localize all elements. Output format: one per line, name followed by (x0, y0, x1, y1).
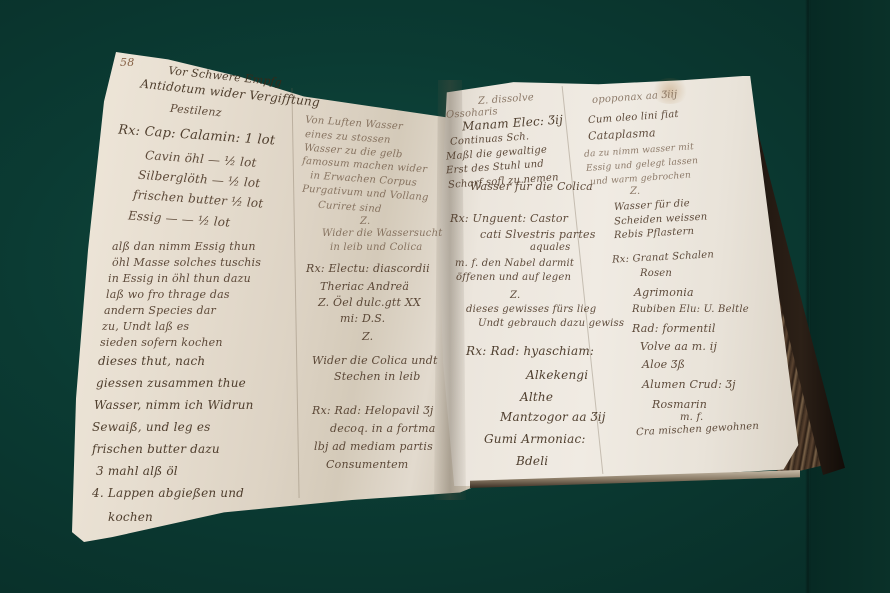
page-number: 58 (120, 56, 134, 69)
text-line: Rosmarin (652, 398, 707, 411)
text-line: Rx: Electu: diascordii (306, 262, 430, 275)
text-line: Wasser, nimm ich Widrun (94, 398, 254, 412)
text-line: Alumen Crud: Ʒj (642, 378, 736, 391)
text-line: Althe (520, 390, 553, 404)
text-line: Rad: formentil (632, 322, 716, 335)
text-line: decoq. in a fortma (330, 422, 435, 435)
text-line: Wider die Colica undt (312, 354, 438, 367)
text-line: Rubiben Elu: U. Beltle (632, 304, 749, 315)
text-line: öffenen und auf legen (456, 272, 571, 283)
text-line: Volve aa m. ij (640, 340, 717, 353)
text-line: zu, Undt laß es (102, 320, 189, 333)
text-line: m. f. (680, 412, 703, 423)
text-line: Consumentem (326, 458, 408, 471)
text-line: dieses thut, nach (98, 354, 205, 368)
text-line: Z. (360, 216, 370, 227)
text-line: in Essig in öhl thun dazu (108, 272, 251, 285)
felt-background-right (810, 0, 890, 593)
text-line: sieden sofern kochen (100, 336, 223, 349)
text-line: Z. (362, 330, 373, 343)
text-line: in leib und Colica (330, 242, 422, 253)
text-line: Agrimonia (634, 286, 694, 299)
text-line: Rx: Rad: Helopavil Ʒj (312, 404, 433, 417)
text-line: 4. Lappen abgießen und (92, 486, 244, 500)
text-line: laß wo fro thrage das (106, 288, 230, 301)
text-line: Rx: Unguent: Castor (450, 212, 568, 225)
text-line: aquales (530, 242, 570, 253)
text-line: Theriac Andreä (320, 280, 409, 293)
text-line: Bdeli (516, 454, 548, 468)
text-line: Mantzogor aa Ʒij (500, 410, 606, 424)
text-line: Gumi Armoniac: (484, 432, 586, 446)
text-line: Undt gebrauch dazu gewiss (478, 318, 624, 329)
text-line: Wider die Wassersucht (322, 228, 442, 239)
text-line: andern Species dar (104, 304, 216, 317)
text-line: frischen butter dazu (92, 442, 220, 456)
text-line: Wasser für die Colica (470, 180, 593, 193)
text-line: kochen (108, 510, 153, 524)
text-line: Z. (510, 290, 520, 301)
text-line: m. f. den Nabel darmit (455, 258, 574, 269)
text-line: Rosen (640, 268, 672, 279)
text-line: Sewaiß, und leg es (92, 420, 210, 434)
text-line: Z. (630, 186, 640, 197)
text-line: mi: D.S. (340, 312, 385, 325)
text-line: cati Slvestris partes (480, 228, 596, 241)
text-line: Aloe Ʒß (642, 358, 685, 371)
text-line: Alkekengi (526, 368, 588, 382)
text-line: öhl Masse solches tuschis (112, 256, 261, 269)
text-line: Rx: Rad: hyaschiam: (466, 344, 594, 358)
text-line: Stechen in leib (334, 370, 421, 383)
text-line: Z. Öel dulc.gtt XX (318, 296, 421, 309)
text-line: giessen zusammen thue (96, 376, 246, 390)
felt-fold (805, 0, 811, 593)
text-line: lbj ad mediam partis (314, 440, 433, 453)
text-line: 3 mahl alß öl (96, 464, 178, 478)
text-line: alß dan nimm Essig thun (112, 240, 256, 253)
text-line: dieses gewisses fürs lieg (466, 304, 596, 315)
